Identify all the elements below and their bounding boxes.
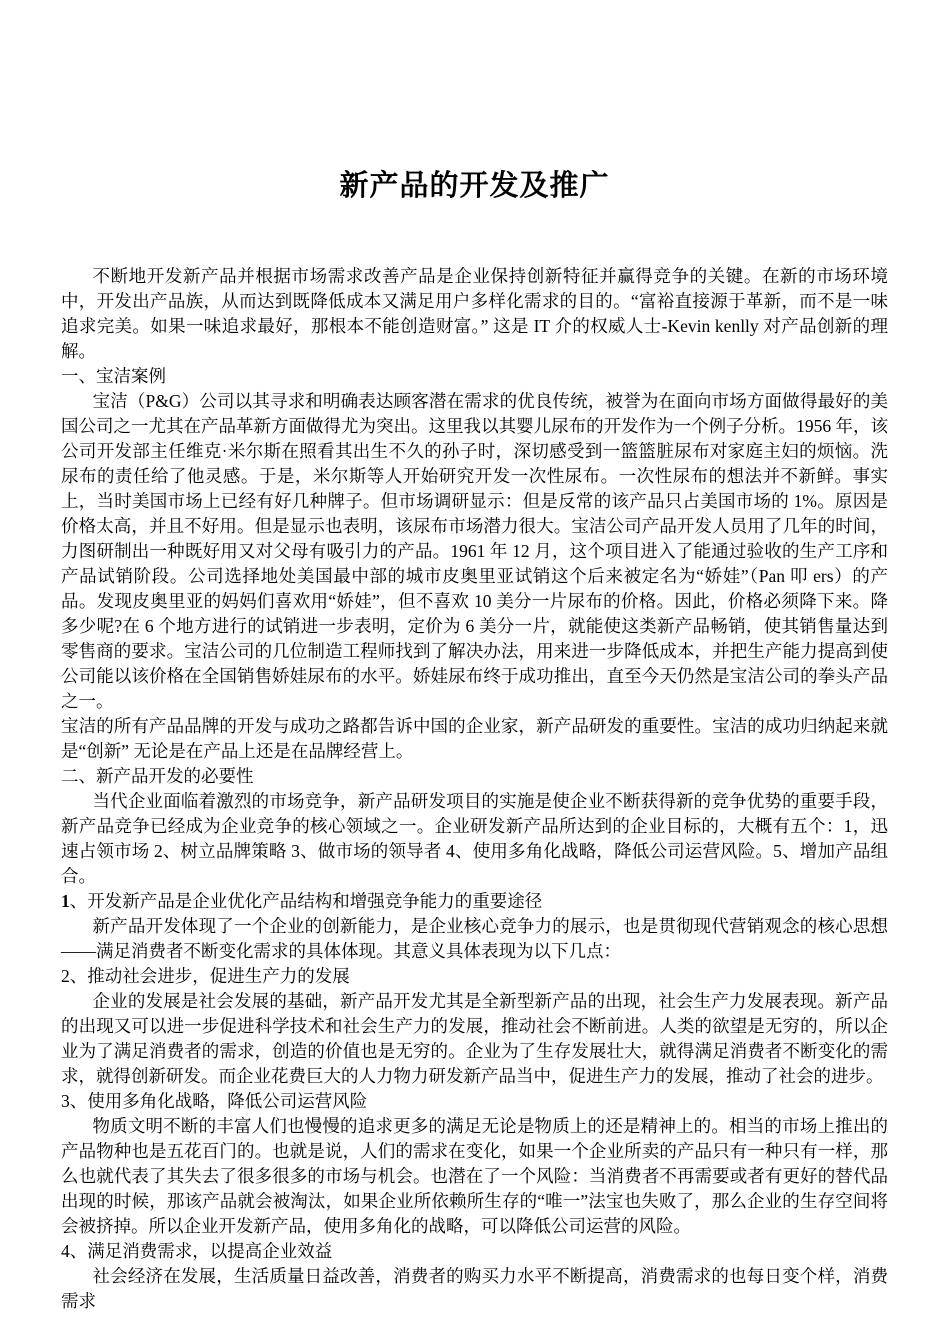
subsection-heading-4: 4、满足消费需求，以提高企业效益 [61, 1239, 888, 1264]
paragraph-intro: 不断地开发新产品并根据市场需求改善产品是企业保持创新特征并赢得竞争的关键。在新的… [61, 264, 888, 364]
paragraph-diversification: 物质文明不断的丰富人们也慢慢的追求更多的满足无论是物质上的还是精神上的。相当的市… [61, 1114, 888, 1239]
paragraph-social-progress: 企业的发展是社会发展的基础，新产品开发尤其是全新型新产品的出现，社会生产力发展表… [61, 989, 888, 1089]
document-title: 新产品的开发及推广 [61, 165, 888, 207]
document-page: 新产品的开发及推广 不断地开发新产品并根据市场需求改善产品是企业保持创新特征并赢… [0, 0, 950, 1344]
subsection-heading-3: 3、使用多角化战略，降低公司运营风险 [61, 1089, 888, 1114]
subsection-heading-1: 1、开发新产品是企业优化产品结构和增强竞争能力的重要途径 [61, 889, 888, 914]
paragraph-pg-case: 宝洁（P&G）公司以其寻求和明确表达顾客潜在需求的优良传统，被誉为在面向市场方面… [61, 389, 888, 714]
heading-text: 、开发新产品是企业优化产品结构和增强竞争能力的重要途径 [70, 891, 543, 911]
paragraph-pg-conclusion: 宝洁的所有产品品牌的开发与成功之路都告诉中国的企业家，新产品研发的重要性。宝洁的… [61, 714, 888, 764]
section-heading-necessity: 二、新产品开发的必要性 [61, 764, 888, 789]
paragraph-competition: 当代企业面临着激烈的市场竞争，新产品研发项目的实施是使企业不断获得新的竞争优势的… [61, 789, 888, 889]
paragraph-consumer-demand: 社会经济在发展，生活质量日益改善，消费者的购买力水平不断提高，消费需求的也每日变… [61, 1264, 888, 1314]
paragraph-innovation-ability: 新产品开发体现了一个企业的创新能力，是企业核心竞争力的展示，也是贯彻现代营销观念… [61, 914, 888, 964]
heading-number: 1 [61, 891, 70, 911]
subsection-heading-2: 2、推动社会进步，促进生产力的发展 [61, 964, 888, 989]
section-heading-pg-case: 一、宝洁案例 [61, 364, 888, 389]
document-body: 不断地开发新产品并根据市场需求改善产品是企业保持创新特征并赢得竞争的关键。在新的… [61, 264, 888, 1314]
